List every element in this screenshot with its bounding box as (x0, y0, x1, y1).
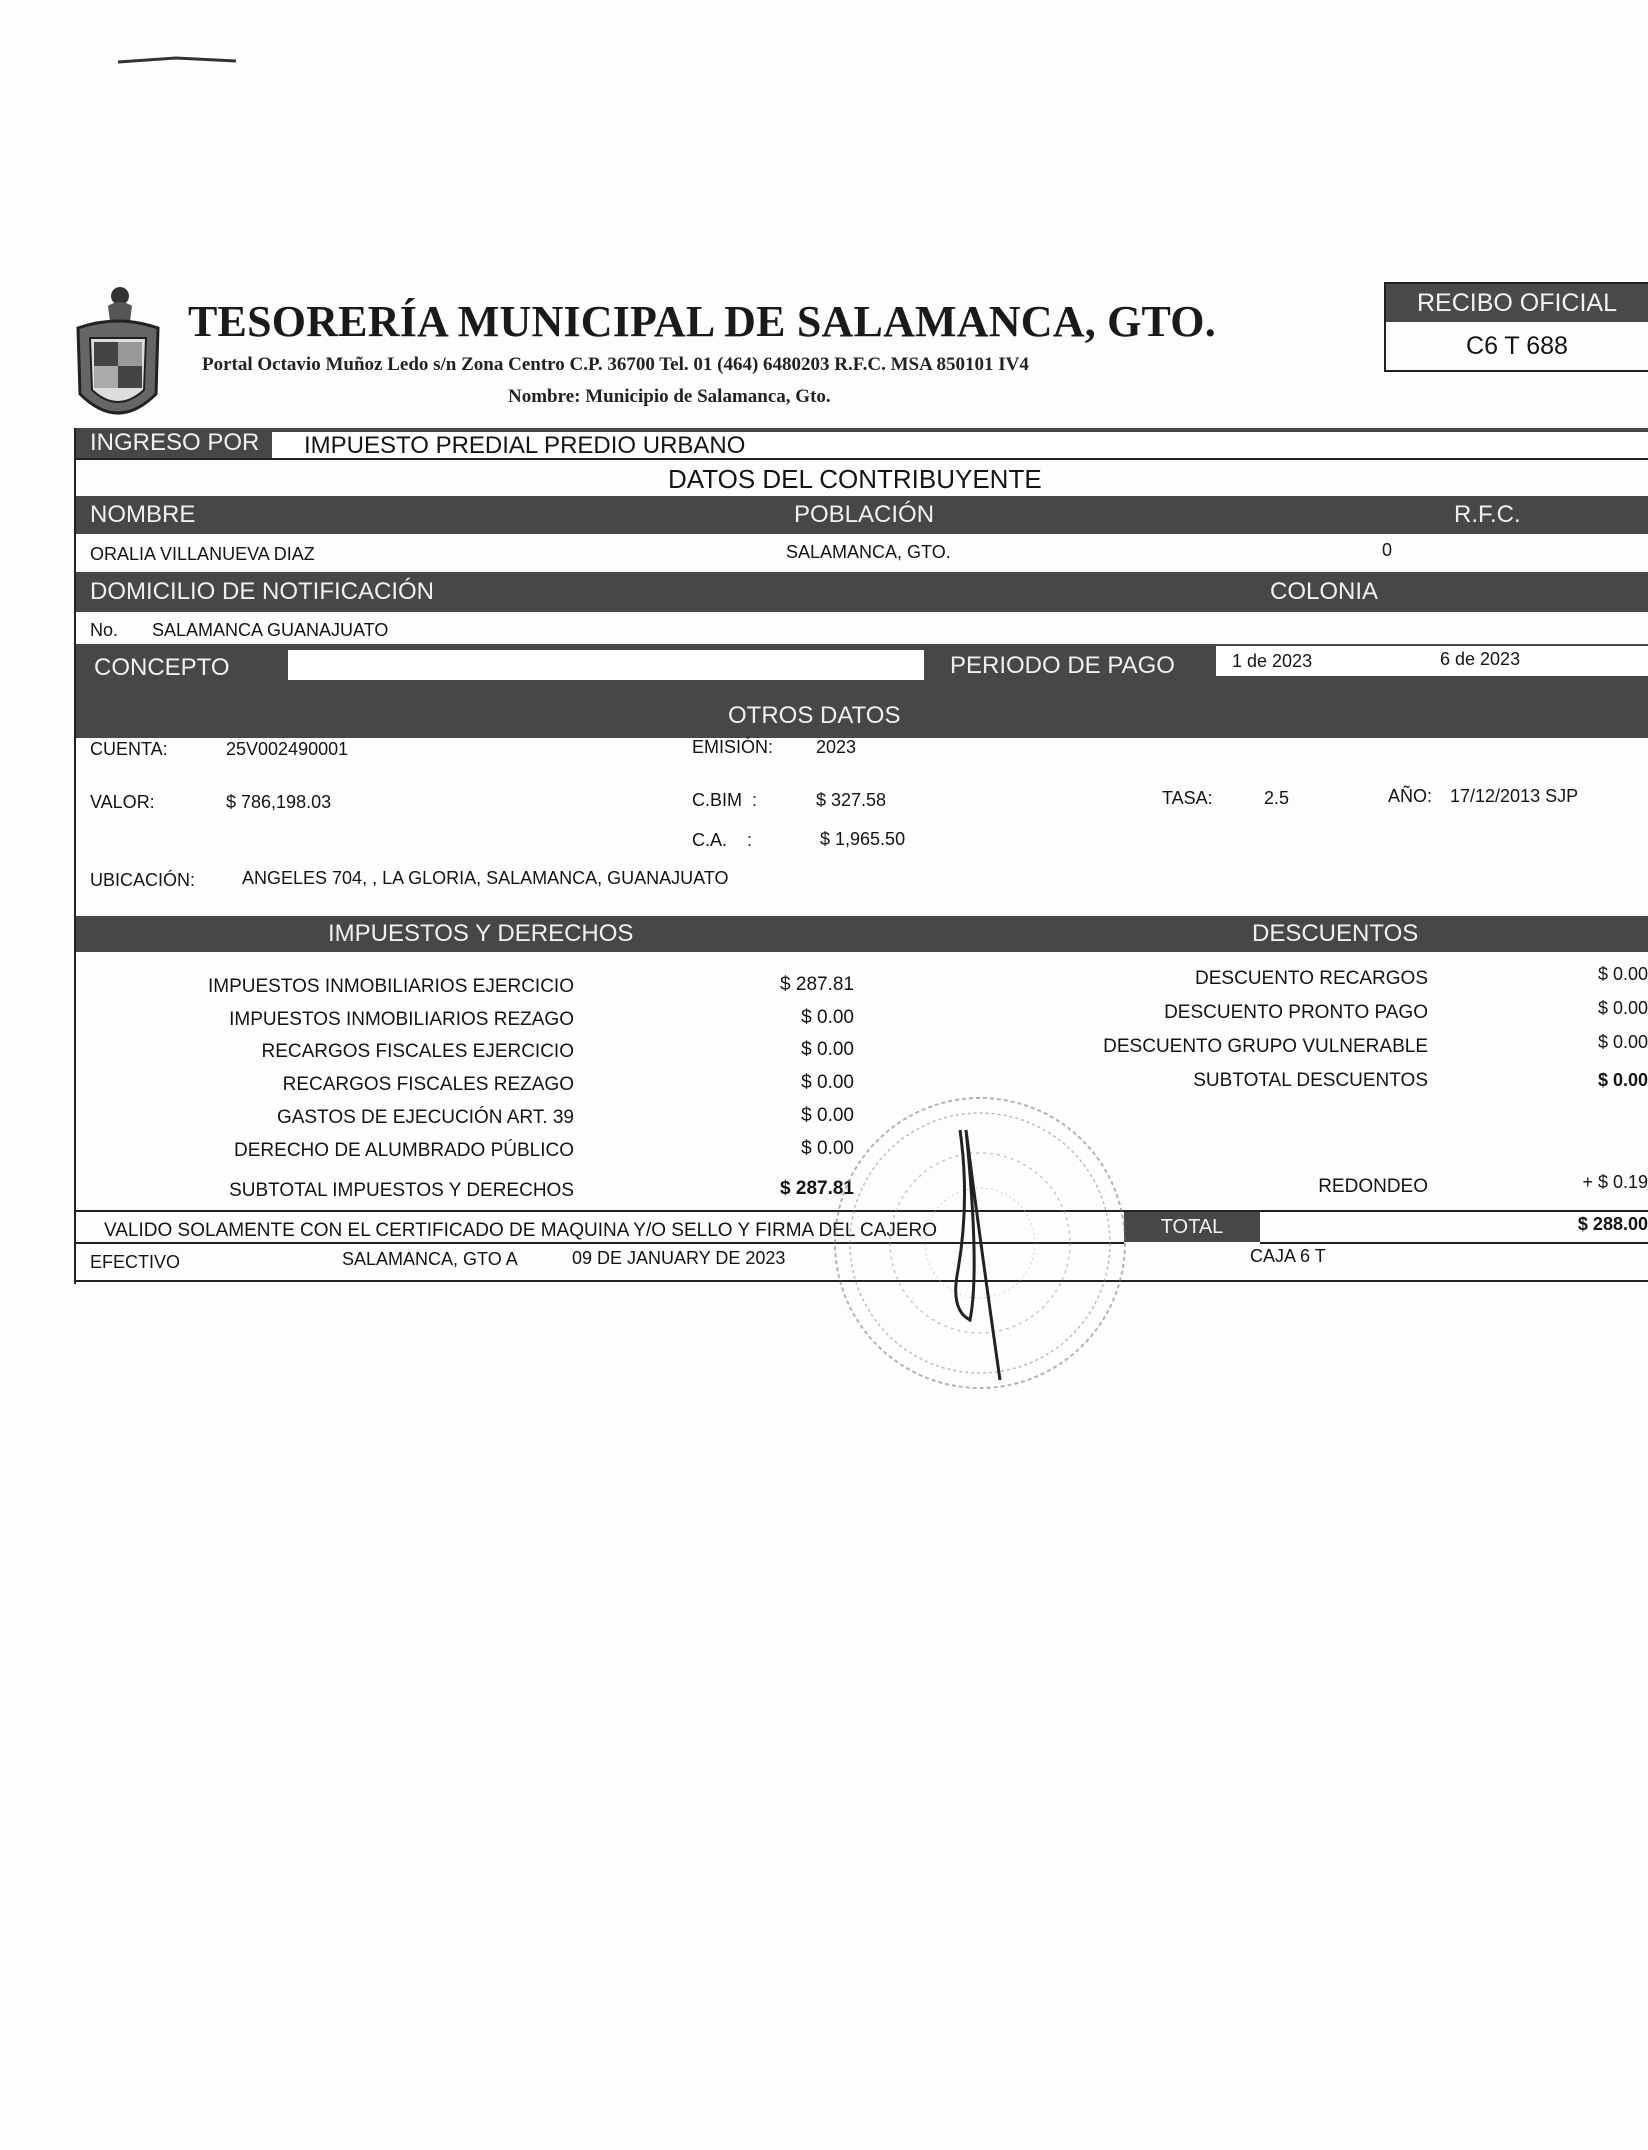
validez-note: VALIDO SOLAMENTE CON EL CERTIFICADO DE M… (104, 1220, 937, 1242)
total-label-box: TOTAL (1124, 1212, 1260, 1242)
periodo-field: 1 de 2023 6 de 2023 (1216, 646, 1648, 676)
treasury-name: Nombre: Municipio de Salamanca, Gto. (508, 386, 831, 408)
ingreso-field: IMPUESTO PREDIAL PREDIO URBANO (272, 432, 1648, 458)
domicilio-header-bar: DOMICILIO DE NOTIFICACIÓN COLONIA (76, 572, 1648, 612)
impuesto-label: IMPUESTOS INMOBILIARIOS EJERCICIO (208, 976, 574, 998)
domicilio-label: DOMICILIO DE NOTIFICACIÓN (90, 578, 434, 606)
ingreso-label: INGRESO POR (90, 429, 259, 457)
receipt-box: RECIBO OFICIAL C6 T 688 (1384, 282, 1648, 372)
impuesto-amount: $ 0.00 (801, 1039, 854, 1061)
descuento-label: DESCUENTO PRONTO PAGO (1164, 1002, 1428, 1024)
cuenta-label: CUENTA: (90, 739, 168, 760)
redondeo-label: REDONDEO (1318, 1176, 1428, 1198)
concepto-field (288, 650, 924, 680)
nombre-value: ORALIA VILLANUEVA DIAZ (90, 544, 315, 565)
periodo-hasta: 6 de 2023 (1440, 649, 1520, 670)
ingreso-value: IMPUESTO PREDIAL PREDIO URBANO (304, 432, 745, 460)
receipt-number: C6 T 688 (1386, 322, 1648, 370)
receipt-label: RECIBO OFICIAL (1386, 284, 1648, 322)
impuestos-title: IMPUESTOS Y DERECHOS (328, 920, 633, 948)
descuento-label: DESCUENTO RECARGOS (1195, 968, 1428, 990)
impuesto-label: RECARGOS FISCALES REZAGO (283, 1074, 574, 1096)
valor-value: $ 786,198.03 (226, 792, 331, 813)
treasury-title: TESORERÍA MUNICIPAL DE SALAMANCA, GTO. (188, 296, 1216, 347)
rfc-value: 0 (1382, 540, 1392, 561)
descuento-amount: $ 0.00 (1598, 964, 1648, 985)
concepto-label: CONCEPTO (94, 654, 230, 682)
ubicacion-value: ANGELES 704, , LA GLORIA, SALAMANCA, GUA… (242, 868, 729, 889)
caja: CAJA 6 T (1250, 1246, 1326, 1267)
contribuyente-title: DATOS DEL CONTRIBUYENTE (668, 464, 1042, 495)
forma-pago: EFECTIVO (90, 1252, 180, 1273)
treasury-address: Portal Octavio Muñoz Ledo s/n Zona Centr… (202, 354, 1029, 376)
emision-label: EMISIÓN: (692, 737, 773, 758)
ca-label: C.A. : (692, 830, 752, 851)
ubicacion-label: UBICACIÓN: (90, 870, 195, 891)
impuesto-amount: $ 0.00 (801, 1007, 854, 1029)
poblacion-label: POBLACIÓN (794, 501, 934, 529)
impuesto-label: DERECHO DE ALUMBRADO PÚBLICO (234, 1140, 574, 1162)
municipal-coat-of-arms-icon (70, 284, 166, 434)
descuento-label: DESCUENTO GRUPO VULNERABLE (1103, 1036, 1428, 1058)
lugar: SALAMANCA, GTO A (342, 1249, 518, 1270)
domicilio-prefix: No. (90, 620, 118, 641)
impuesto-label: IMPUESTOS INMOBILIARIOS REZAGO (229, 1009, 574, 1031)
valor-label: VALOR: (90, 792, 155, 813)
subtotal-descuentos-value: $ 0.00 (1598, 1070, 1648, 1091)
anio-value: 17/12/2013 SJP (1450, 786, 1578, 807)
colonia-label: COLONIA (1270, 578, 1378, 606)
ca-value: $ 1,965.50 (820, 829, 905, 850)
total-value: $ 288.00 (1578, 1214, 1648, 1235)
otros-datos-title: OTROS DATOS (728, 702, 900, 730)
descuentos-title: DESCUENTOS (1252, 920, 1418, 948)
tasa-label: TASA: (1162, 788, 1213, 809)
anio-label: AÑO: (1388, 786, 1432, 807)
cbim-value: $ 327.58 (816, 790, 886, 811)
impuesto-label: GASTOS DE EJECUCIÓN ART. 39 (277, 1107, 574, 1129)
rfc-label: R.F.C. (1454, 501, 1521, 529)
pen-mark (116, 56, 236, 64)
cbim-label: C.BIM : (692, 790, 757, 811)
impuesto-amount: $ 287.81 (780, 974, 854, 996)
cuenta-value: 25V002490001 (226, 739, 348, 760)
total-label: TOTAL (1161, 1216, 1224, 1239)
contribuyente-header-bar: NOMBRE POBLACIÓN R.F.C. (76, 496, 1648, 534)
descuento-amount: $ 0.00 (1598, 1032, 1648, 1053)
nombre-label: NOMBRE (90, 501, 195, 529)
domicilio-value: SALAMANCA GUANAJUATO (152, 620, 388, 641)
redondeo-value: + $ 0.19 (1582, 1172, 1648, 1193)
periodo-desde: 1 de 2023 (1232, 651, 1312, 672)
cashier-signature (930, 1120, 1030, 1390)
tasa-value: 2.5 (1264, 788, 1289, 809)
periodo-label: PERIODO DE PAGO (950, 652, 1175, 680)
emision-value: 2023 (816, 737, 856, 758)
poblacion-value: SALAMANCA, GTO. (786, 542, 951, 563)
impuesto-label: RECARGOS FISCALES EJERCICIO (261, 1041, 574, 1063)
fecha: 09 DE JANUARY DE 2023 (572, 1248, 785, 1269)
descuento-amount: $ 0.00 (1598, 998, 1648, 1019)
impuestos-descuentos-bar: IMPUESTOS Y DERECHOS DESCUENTOS (76, 916, 1648, 952)
subtotal-descuentos-label: SUBTOTAL DESCUENTOS (1193, 1070, 1428, 1092)
subtotal-impuestos-label: SUBTOTAL IMPUESTOS Y DERECHOS (229, 1180, 574, 1202)
